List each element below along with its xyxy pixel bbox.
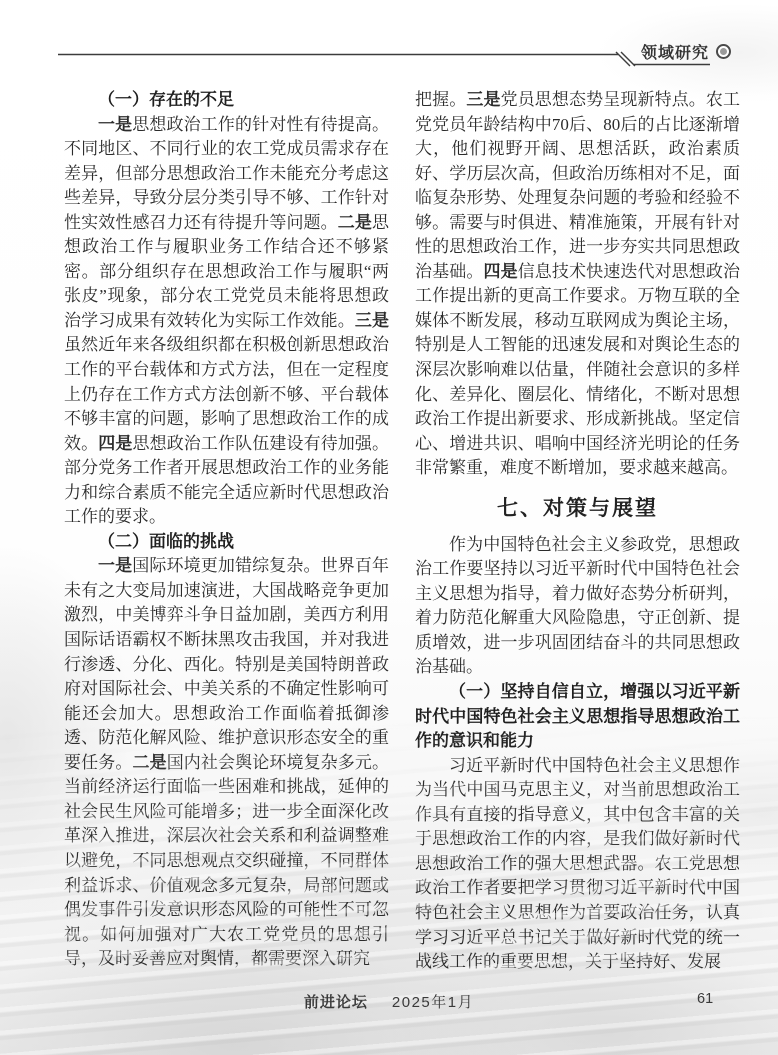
bullseye-icon xyxy=(716,44,731,59)
paragraph: 习近平新时代中国特色社会主义思想作为当代中国马克思主义，对当前思想政治工作具有直… xyxy=(415,754,740,975)
emphasis-run: 一是 xyxy=(98,115,132,134)
text-run: 国际环境更加错综复杂。世界百年未有之大变局加速演进，大国战略竞争更加激烈，中美博… xyxy=(64,556,389,771)
paragraph: 一是思想政治工作的针对性有待提高。不同地区、不同行业的农工党成员需求存在差异，但… xyxy=(64,113,389,530)
text-run: 党员思想态势呈现新特点。农工党党员年龄结构中70后、80后的占比逐渐增大，他们视… xyxy=(415,90,740,281)
header-section-label: 领域研究 xyxy=(641,40,709,63)
subheading: （二）面临的挑战 xyxy=(64,530,389,555)
column-right: 把握。三是党员思想态势呈现新特点。农工党党员年龄结构中70后、80后的占比逐渐增… xyxy=(415,88,740,975)
text-run: 作为中国特色社会主义参政党，思想政治工作要坚持以习近平新时代中国特色社会主义思想… xyxy=(415,535,740,677)
paragraph: 把握。三是党员思想态势呈现新特点。农工党党员年龄结构中70后、80后的占比逐渐增… xyxy=(415,88,740,481)
emphasis-run: 一是 xyxy=(98,556,132,575)
journal-title: 前进论坛 xyxy=(304,994,368,1011)
issue-date: 2025年1月 xyxy=(392,994,474,1011)
emphasis-run: 三是 xyxy=(466,90,500,109)
text-run: 信息技术快速迭代对思想政治工作提出新的更高工作要求。万物互联的全媒体不断发展，移… xyxy=(415,262,740,477)
emphasis-run: 四是 xyxy=(98,434,132,453)
emphasis-run: 三是 xyxy=(355,311,389,330)
journal-page: 领域研究 （一）存在的不足一是思想政治工作的针对性有待提高。不同地区、不同行业的… xyxy=(0,0,778,1055)
bullseye-icon-dot xyxy=(720,48,727,55)
emphasis-run: 四是 xyxy=(483,262,517,281)
footer-journal-line: 前进论坛2025年1月 xyxy=(0,991,778,1012)
paragraph: 一是国际环境更加错综复杂。世界百年未有之大变局加速演进，大国战略竞争更加激烈，中… xyxy=(64,554,389,971)
subheading: （一）存在的不足 xyxy=(64,88,389,113)
text-run: 把握。 xyxy=(415,90,466,109)
section-heading: 七、对策与展望 xyxy=(415,496,740,522)
subheading: （一）坚持自信自立，增强以习近平新时代中国特色社会主义思想指导思想政治工作的意识… xyxy=(415,680,740,754)
emphasis-run: 二是 xyxy=(132,753,166,772)
page-number: 61 xyxy=(697,991,713,1007)
text-run: 国内社会舆论环境复杂多元。当前经济运行面临一些困难和挑战，延伸的社会民生风险可能… xyxy=(64,753,389,968)
text-run: 习近平新时代中国特色社会主义思想作为当代中国马克思主义，对当前思想政治工作具有直… xyxy=(415,756,740,971)
page-footer: 前进论坛2025年1月 61 xyxy=(0,991,778,1013)
paragraph: 作为中国特色社会主义参政党，思想政治工作要坚持以习近平新时代中国特色社会主义思想… xyxy=(415,533,740,680)
emphasis-run: 二是 xyxy=(338,213,372,232)
column-left: （一）存在的不足一是思想政治工作的针对性有待提高。不同地区、不同行业的农工党成员… xyxy=(64,88,389,972)
